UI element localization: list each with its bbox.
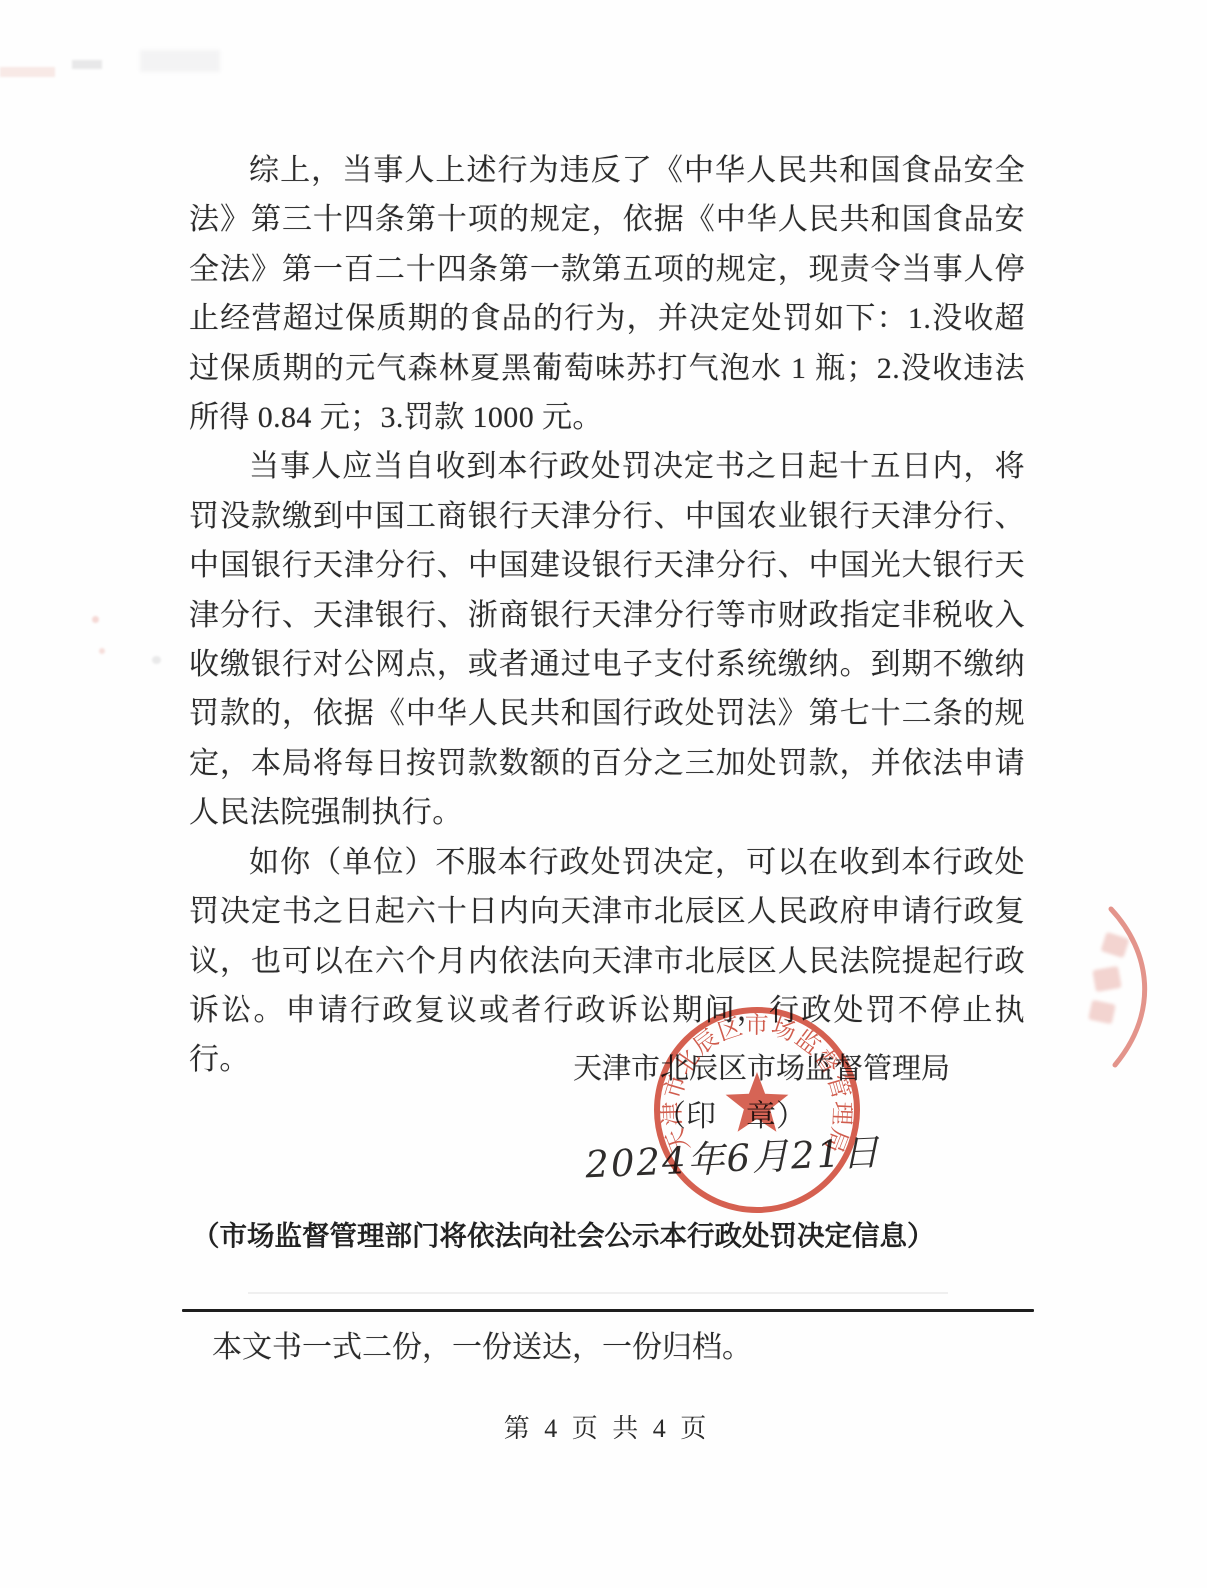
stamp-ink-smudge: [1092, 966, 1121, 992]
scan-artifact: [99, 648, 105, 654]
body-paragraph-payment-instructions: 当事人应当自收到本行政处罚决定书之日起十五日内，将罚没款缴到中国工商银行天津分行…: [189, 442, 1025, 837]
scanned-document-page: 综上，当事人上述行为违反了《中华人民共和国食品安全法》第三十四条第十项的规定，依…: [0, 0, 1207, 1588]
star-icon: [726, 1072, 789, 1132]
scan-artifact: [92, 616, 99, 623]
body-paragraph-penalty-decision: 综上，当事人上述行为违反了《中华人民共和国食品安全法》第三十四条第十项的规定，依…: [189, 146, 1025, 442]
scan-artifact: [72, 60, 102, 69]
scan-artifact: [248, 1292, 948, 1294]
footer-divider-line: [182, 1309, 1034, 1312]
public-disclosure-notice: （市场监督管理部门将依法向社会公示本行政处罚决定信息）: [192, 1213, 972, 1253]
scan-artifact: [140, 50, 220, 72]
scan-artifact: [0, 67, 55, 77]
scan-artifact: [152, 656, 161, 664]
copies-distribution-note: 本文书一式二份，一份送达，一份归档。: [212, 1322, 912, 1366]
official-seal-stamp: 天津市北辰区市场监督管理局: [650, 1003, 864, 1217]
document-body: 综上，当事人上述行为违反了《中华人民共和国食品安全法》第三十四条第十项的规定，依…: [189, 146, 1025, 1085]
page-number: 第 4 页 共 4 页: [189, 1408, 1025, 1445]
